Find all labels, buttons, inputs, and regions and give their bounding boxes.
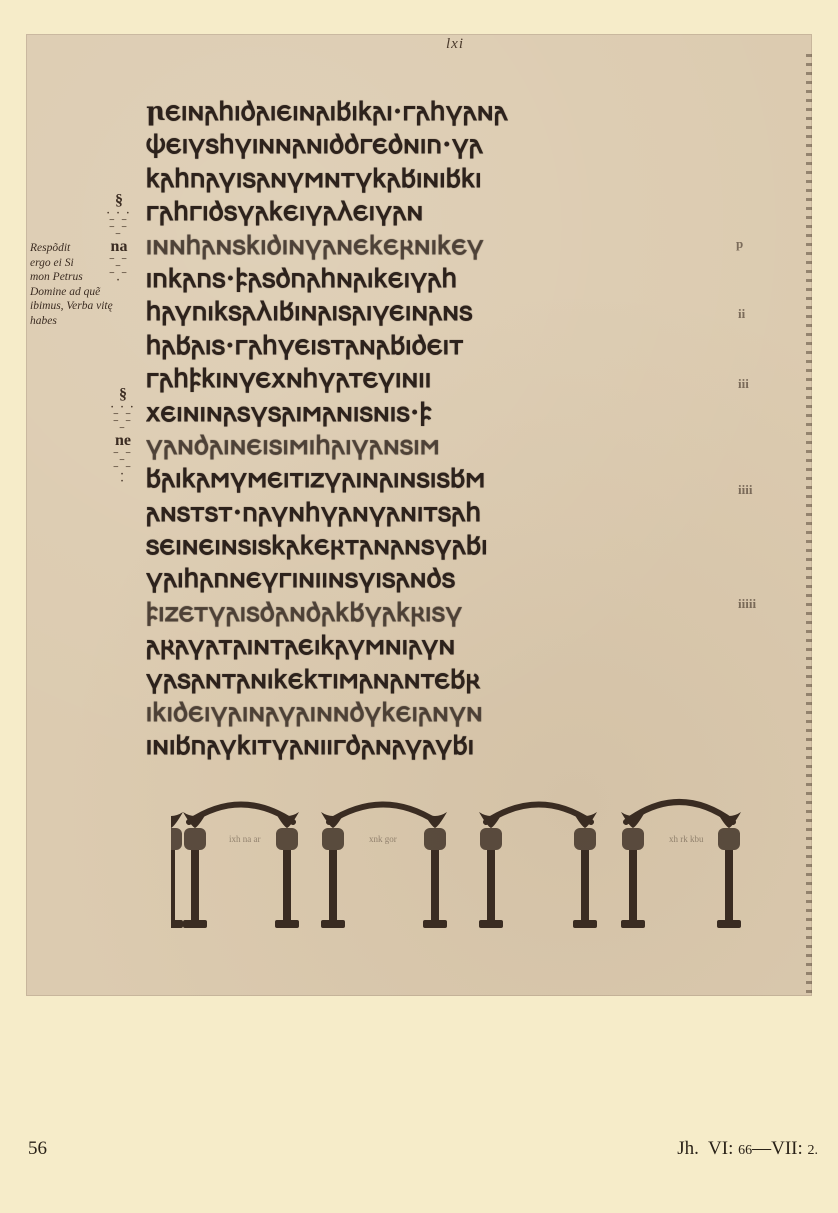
script-line: 𐌰𐌽𐍃𐍄𐍃𐍄·𐌿𐌰𐍅𐌽𐌷𐍅𐌰𐌽𐍅𐌰𐌽𐌹𐍄𐍃𐌰𐌷	[146, 497, 736, 530]
page-number: 56	[28, 1138, 47, 1160]
manuscript-text: ꞃ𐌴𐌹𐌽𐌰𐌷𐌹𐌳𐌰𐌹𐌴𐌹𐌽𐌰𐌹𐌱𐌹𐌺𐌰𐌹·𐌲𐌰𐌷𐍅𐌰𐌽𐌰 𐌸𐌴𐌹𐍅𐍃𐌷𐍅𐌹𐌽𐌽𐌰…	[146, 96, 736, 764]
script-line: 𐌲𐌰𐌷𐍆𐌺𐌹𐌽𐍅𐌴𐍇𐌽𐌷𐍅𐌰𐍄𐌴𐍅𐌹𐌽𐌹𐌹	[146, 363, 736, 396]
folio-number: lxi	[446, 36, 464, 53]
script-line: 𐌹𐌺𐌹𐌳𐌴𐌹𐍅𐌰𐌹𐌽𐌰𐍅𐌰𐌹𐌽𐌽𐌳𐍅𐌺𐌴𐌹𐌰𐌽𐍅𐌽	[146, 697, 736, 730]
script-line: 𐌲𐌰𐌷𐌲𐌹𐌳𐍃𐍅𐌰𐌺𐌴𐌹𐍅𐌰𐌻𐌴𐌹𐍅𐌰𐌽	[146, 196, 736, 229]
script-line: 𐍅𐌰𐍃𐌰𐌽𐍄𐌰𐌽𐌹𐌺𐌴𐌺𐍄𐌹𐌼𐌰𐌽𐌰𐌽𐍄𐌴𐌱𐍂	[146, 664, 736, 697]
script-line: 𐌸𐌴𐌹𐍅𐍃𐌷𐍅𐌹𐌽𐌽𐌰𐌽𐌹𐌳𐌳𐌲𐌴𐌳𐌽𐌹𐌿·𐍅𐌰	[146, 129, 736, 162]
manuscript-plate: lxi ꞃ𐌴𐌹𐌽𐌰𐌷𐌹𐌳𐌰𐌹𐌴𐌹𐌽𐌰𐌹𐌱𐌹𐌺𐌰𐌹·𐌲𐌰𐌷𐍅𐌰𐌽𐌰 𐌸𐌴𐌹𐍅𐍃𐌷𐍅…	[26, 34, 812, 996]
script-line: 𐌹𐌽𐌹𐌱𐌿𐌰𐍅𐌺𐌹𐍄𐍅𐌰𐌽𐌹𐌹𐌲𐌳𐌰𐌽𐌰𐍅𐌰𐍅𐌱𐌹	[146, 730, 736, 763]
margin-line: habes	[30, 314, 150, 329]
script-line: 𐌱𐌰𐌹𐌺𐌰𐌼𐍅𐌼𐌴𐌹𐍄𐌹𐌶𐍅𐌰𐌹𐌽𐌰𐌹𐌽𐍃𐌹𐍃𐌱𐌼	[146, 463, 736, 496]
section-marker: § · · ·− −− − − ne − − −− −··	[108, 386, 138, 485]
canon-marker: iiii	[738, 482, 752, 498]
script-line: 𐌰𐍂𐌰𐍅𐌰𐍄𐌰𐌹𐌽𐍄𐌰𐌴𐌹𐌺𐌰𐍅𐌼𐌽𐌹𐌰𐍅𐌽	[146, 630, 736, 663]
script-line: 𐍃𐌴𐌹𐌽𐌴𐌹𐌽𐍃𐌹𐍃𐌺𐌰𐌺𐌴𐍂𐍄𐌰𐌽𐌰𐌽𐍃𐍅𐌰𐌱𐌹	[146, 530, 736, 563]
script-line: 𐍆𐌹𐌶𐌴𐍄𐍅𐌰𐌹𐍃𐌳𐌰𐌽𐌳𐌰𐌺𐌱𐍅𐌰𐌺𐍂𐌹𐍃𐍅	[146, 597, 736, 630]
script-line: 𐌷𐌰𐌱𐌰𐌹𐍃·𐌲𐌰𐌷𐍅𐌴𐌹𐍃𐍄𐌰𐌽𐌰𐌱𐌹𐌳𐌴𐌹𐍄	[146, 330, 736, 363]
canon-marker: ii	[738, 306, 745, 322]
plate-edge	[806, 54, 812, 994]
svg-text:xnk gor: xnk gor	[369, 834, 397, 844]
script-line: 𐍇𐌴𐌹𐌽𐌹𐌽𐌰𐍃𐍅𐍃𐌰𐌹𐌼𐌰𐌽𐌹𐍃𐌽𐌹𐍃·𐍆	[146, 397, 736, 430]
margin-line: ibimus, Verba vitę	[30, 299, 150, 314]
script-line: 𐌹𐌽𐌽𐌷𐌰𐌽𐍃𐌺𐌹𐌳𐌹𐌽𐍅𐌰𐌽𐌴𐌺𐌴𐍂𐌽𐌹𐌺𐌴𐍅	[146, 230, 736, 263]
script-line: 𐍅𐌰𐌹𐌷𐌰𐌿𐌽𐌴𐍅𐌲𐌹𐌽𐌹𐌹𐌽𐍃𐍅𐌹𐍃𐌰𐌽𐌳𐍃	[146, 563, 736, 596]
svg-text:xh rk kbu: xh rk kbu	[669, 834, 704, 844]
canon-marker: p	[736, 236, 743, 252]
margin-line: Domine ad quẽ	[30, 285, 150, 300]
script-line: 𐌷𐌰𐍅𐌿𐌹𐌺𐍃𐌰𐌻𐌹𐌱𐌹𐌽𐌰𐌹𐍃𐌰𐌹𐍅𐌴𐌹𐌽𐌰𐌽𐍃	[146, 296, 736, 329]
section-marker: § · · ·− −− − − na − − −− −·	[104, 192, 134, 284]
script-line: ꞃ𐌴𐌹𐌽𐌰𐌷𐌹𐌳𐌰𐌹𐌴𐌹𐌽𐌰𐌹𐌱𐌹𐌺𐌰𐌹·𐌲𐌰𐌷𐍅𐌰𐌽𐌰	[146, 96, 736, 129]
script-line: 𐍅𐌰𐌽𐌳𐌰𐌹𐌽𐌴𐌹𐍃𐌹𐌼𐌹𐌷𐌰𐌹𐍅𐌰𐌽𐍃𐌹𐌼	[146, 430, 736, 463]
section-symbol-icon: §	[119, 386, 127, 403]
canon-marker: iii	[738, 376, 749, 392]
script-line: 𐌺𐌰𐌷𐌿𐌰𐍅𐌹𐍃𐌰𐌽𐍅𐌼𐌽𐍄𐍅𐌺𐌰𐌱𐌹𐌽𐌹𐌱𐌺𐌹	[146, 163, 736, 196]
canon-marker: iiiii	[738, 596, 756, 612]
section-symbol-icon: §	[115, 192, 123, 209]
canon-table-arcade: ixh na ar xnk gor xh rk kbu	[171, 792, 741, 942]
svg-text:ixh na ar: ixh na ar	[229, 834, 261, 844]
scripture-reference: Jh. VI: 66—VII: 2.	[677, 1138, 818, 1160]
script-line: 𐌹𐌿𐌺𐌰𐌿𐍃·𐍆𐌰𐍃𐌳𐌿𐌰𐌷𐌽𐌰𐌹𐌺𐌴𐌹𐍅𐌰𐌷	[146, 263, 736, 296]
